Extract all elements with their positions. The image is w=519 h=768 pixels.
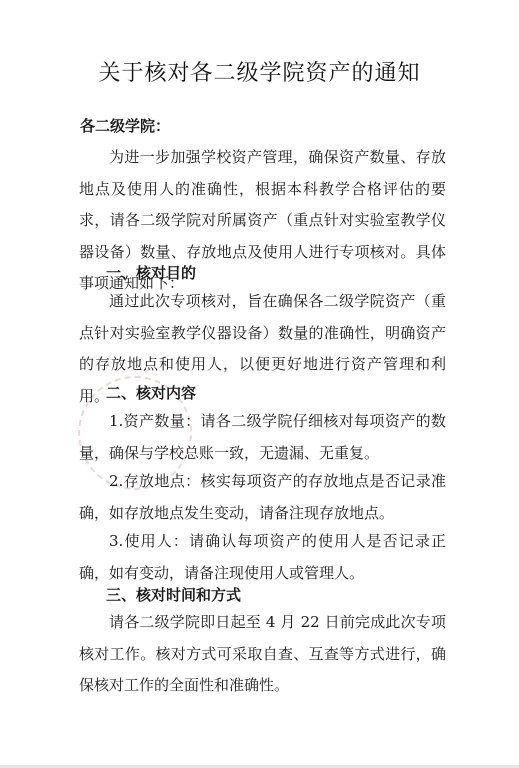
salutation: 各二级学院： — [80, 115, 170, 136]
section-heading-purpose: 一、核对目的 — [106, 262, 196, 283]
document-page: 关于核对各二级学院资产的通知 各二级学院： 为进一步加强学校资产管理，确保资产数… — [0, 0, 519, 768]
document-title: 关于核对各二级学院资产的通知 — [0, 56, 519, 87]
content-item-user: 3.使用人：请确认每项资产的使用人是否记录正确，如有变动，请备注现使用人或管理人… — [79, 526, 446, 589]
section-time-method-paragraph: 请各二级学院即日起至 4 月 22 日前完成此次专项核对工作。核对方式可采取自查… — [79, 607, 446, 702]
content-item-location: 2.存放地点：核实每项资产的存放地点是否记录准确，如存放地点发生变动，请备注现存… — [79, 466, 446, 529]
section-heading-content: 二、核对内容 — [106, 382, 196, 403]
section-heading-time-method: 三、核对时间和方式 — [106, 584, 241, 605]
content-item-quantity: 1.资产数量：请各二级学院仔细核对每项资产的数量，确保与学校总账一致，无遗漏、无… — [79, 406, 446, 469]
